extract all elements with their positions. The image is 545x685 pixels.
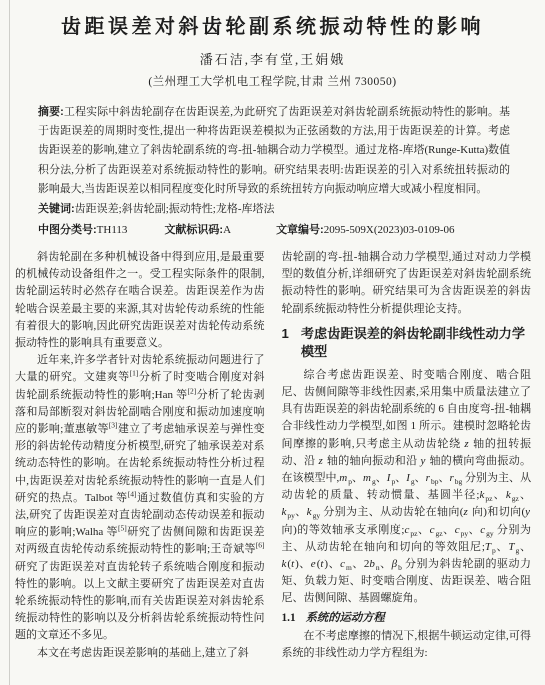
section-1-1-number: 1.1 bbox=[282, 612, 296, 624]
affiliation: (兰州理工大学机电工程学院,甘肃 兰州 730050) bbox=[0, 74, 545, 91]
document-code: 文献标识码:A bbox=[164, 224, 231, 236]
motion-equation-paragraph: 在不考虑摩擦的情况下,根据牛顿运动定律,可得系统的非线性动力学方程组为: bbox=[282, 628, 532, 662]
section-1-1-heading: 1.1系统的运动方程 bbox=[282, 610, 532, 627]
right-column: 齿轮副的弯-扭-轴耦合动力学模型,通过对动力学模型的数值分析,详细研究了齿距误差… bbox=[282, 249, 532, 662]
clc-label: 中图分类号: bbox=[38, 224, 97, 236]
left-column: 斜齿轮副在多种机械设备中得到应用,是最重要的机械传动设备组件之一。受工程实际条件… bbox=[15, 249, 265, 662]
intro-paragraph: 斜齿轮副在多种机械设备中得到应用,是最重要的机械传动设备组件之一。受工程实际条件… bbox=[15, 249, 265, 352]
section-1-number: 1 bbox=[282, 325, 289, 362]
keywords-line: 关键词:齿距误差;斜齿轮副;振动特性;龙格-库塔法 bbox=[38, 199, 510, 220]
paper-page: 齿距误差对斜齿轮副系统振动特性的影响 潘石洁,李有堂,王娟娥 (兰州理工大学机电… bbox=[0, 0, 545, 685]
clc-value: TH113 bbox=[97, 224, 128, 236]
doc-code-value: A bbox=[223, 224, 231, 236]
paper-title: 齿距误差对斜齿轮副系统振动特性的影响 bbox=[24, 13, 521, 41]
section-1-heading: 1考虑齿距误差的斜齿轮副非线性动力学模型 bbox=[282, 325, 532, 362]
section-1-title: 考虑齿距误差的斜齿轮副非线性动力学模型 bbox=[301, 325, 531, 362]
meta-line: 中图分类号:TH113文献标识码:A文章编号:2095-509X(2023)03… bbox=[38, 220, 510, 241]
section-1-1-title: 系统的运动方程 bbox=[306, 612, 385, 624]
article-number: 文章编号:2095-509X(2023)03-0109-06 bbox=[276, 224, 454, 236]
intro-continuation-paragraph: 齿轮副的弯-扭-轴耦合动力学模型,通过对动力学模型的数值分析,详细研究了齿距误差… bbox=[282, 249, 532, 318]
model-description-paragraph: 综合考虑齿距误差、时变啮合刚度、啮合阻尼、齿侧间隙等非线性因素,采用集中质量法建… bbox=[282, 367, 532, 608]
keywords-label: 关键词: bbox=[38, 203, 75, 215]
doc-code-label: 文献标识码: bbox=[164, 224, 223, 236]
scan-edge-line bbox=[9, 0, 10, 685]
keywords-text: 齿距误差;斜齿轮副;振动特性;龙格-库塔法 bbox=[75, 203, 275, 215]
abstract: 摘要:工程实际中斜齿轮副存在齿距误差,为此研究了齿距误差对斜齿轮副系统振动特性的… bbox=[38, 103, 510, 199]
front-matter: 摘要:工程实际中斜齿轮副存在齿距误差,为此研究了齿距误差对斜齿轮副系统振动特性的… bbox=[38, 103, 510, 240]
this-work-paragraph: 本文在考虑齿距误差影响的基础上,建立了斜 bbox=[15, 645, 265, 662]
article-no-label: 文章编号: bbox=[276, 224, 324, 236]
literature-review-paragraph: 近年来,许多学者针对齿轮系统振动问题进行了大量的研究。文建爽等[1]分析了时变啮… bbox=[15, 352, 265, 644]
authors: 潘石洁,李有堂,王娟娥 bbox=[0, 51, 545, 69]
abstract-text: 工程实际中斜齿轮副存在齿距误差,为此研究了齿距误差对斜齿轮副系统振动特性的影响。… bbox=[38, 106, 510, 195]
clc-number: 中图分类号:TH113 bbox=[38, 224, 127, 236]
abstract-label: 摘要: bbox=[38, 106, 64, 118]
article-no-value: 2095-509X(2023)03-0109-06 bbox=[324, 224, 455, 236]
body-columns: 斜齿轮副在多种机械设备中得到应用,是最重要的机械传动设备组件之一。受工程实际条件… bbox=[15, 249, 531, 662]
